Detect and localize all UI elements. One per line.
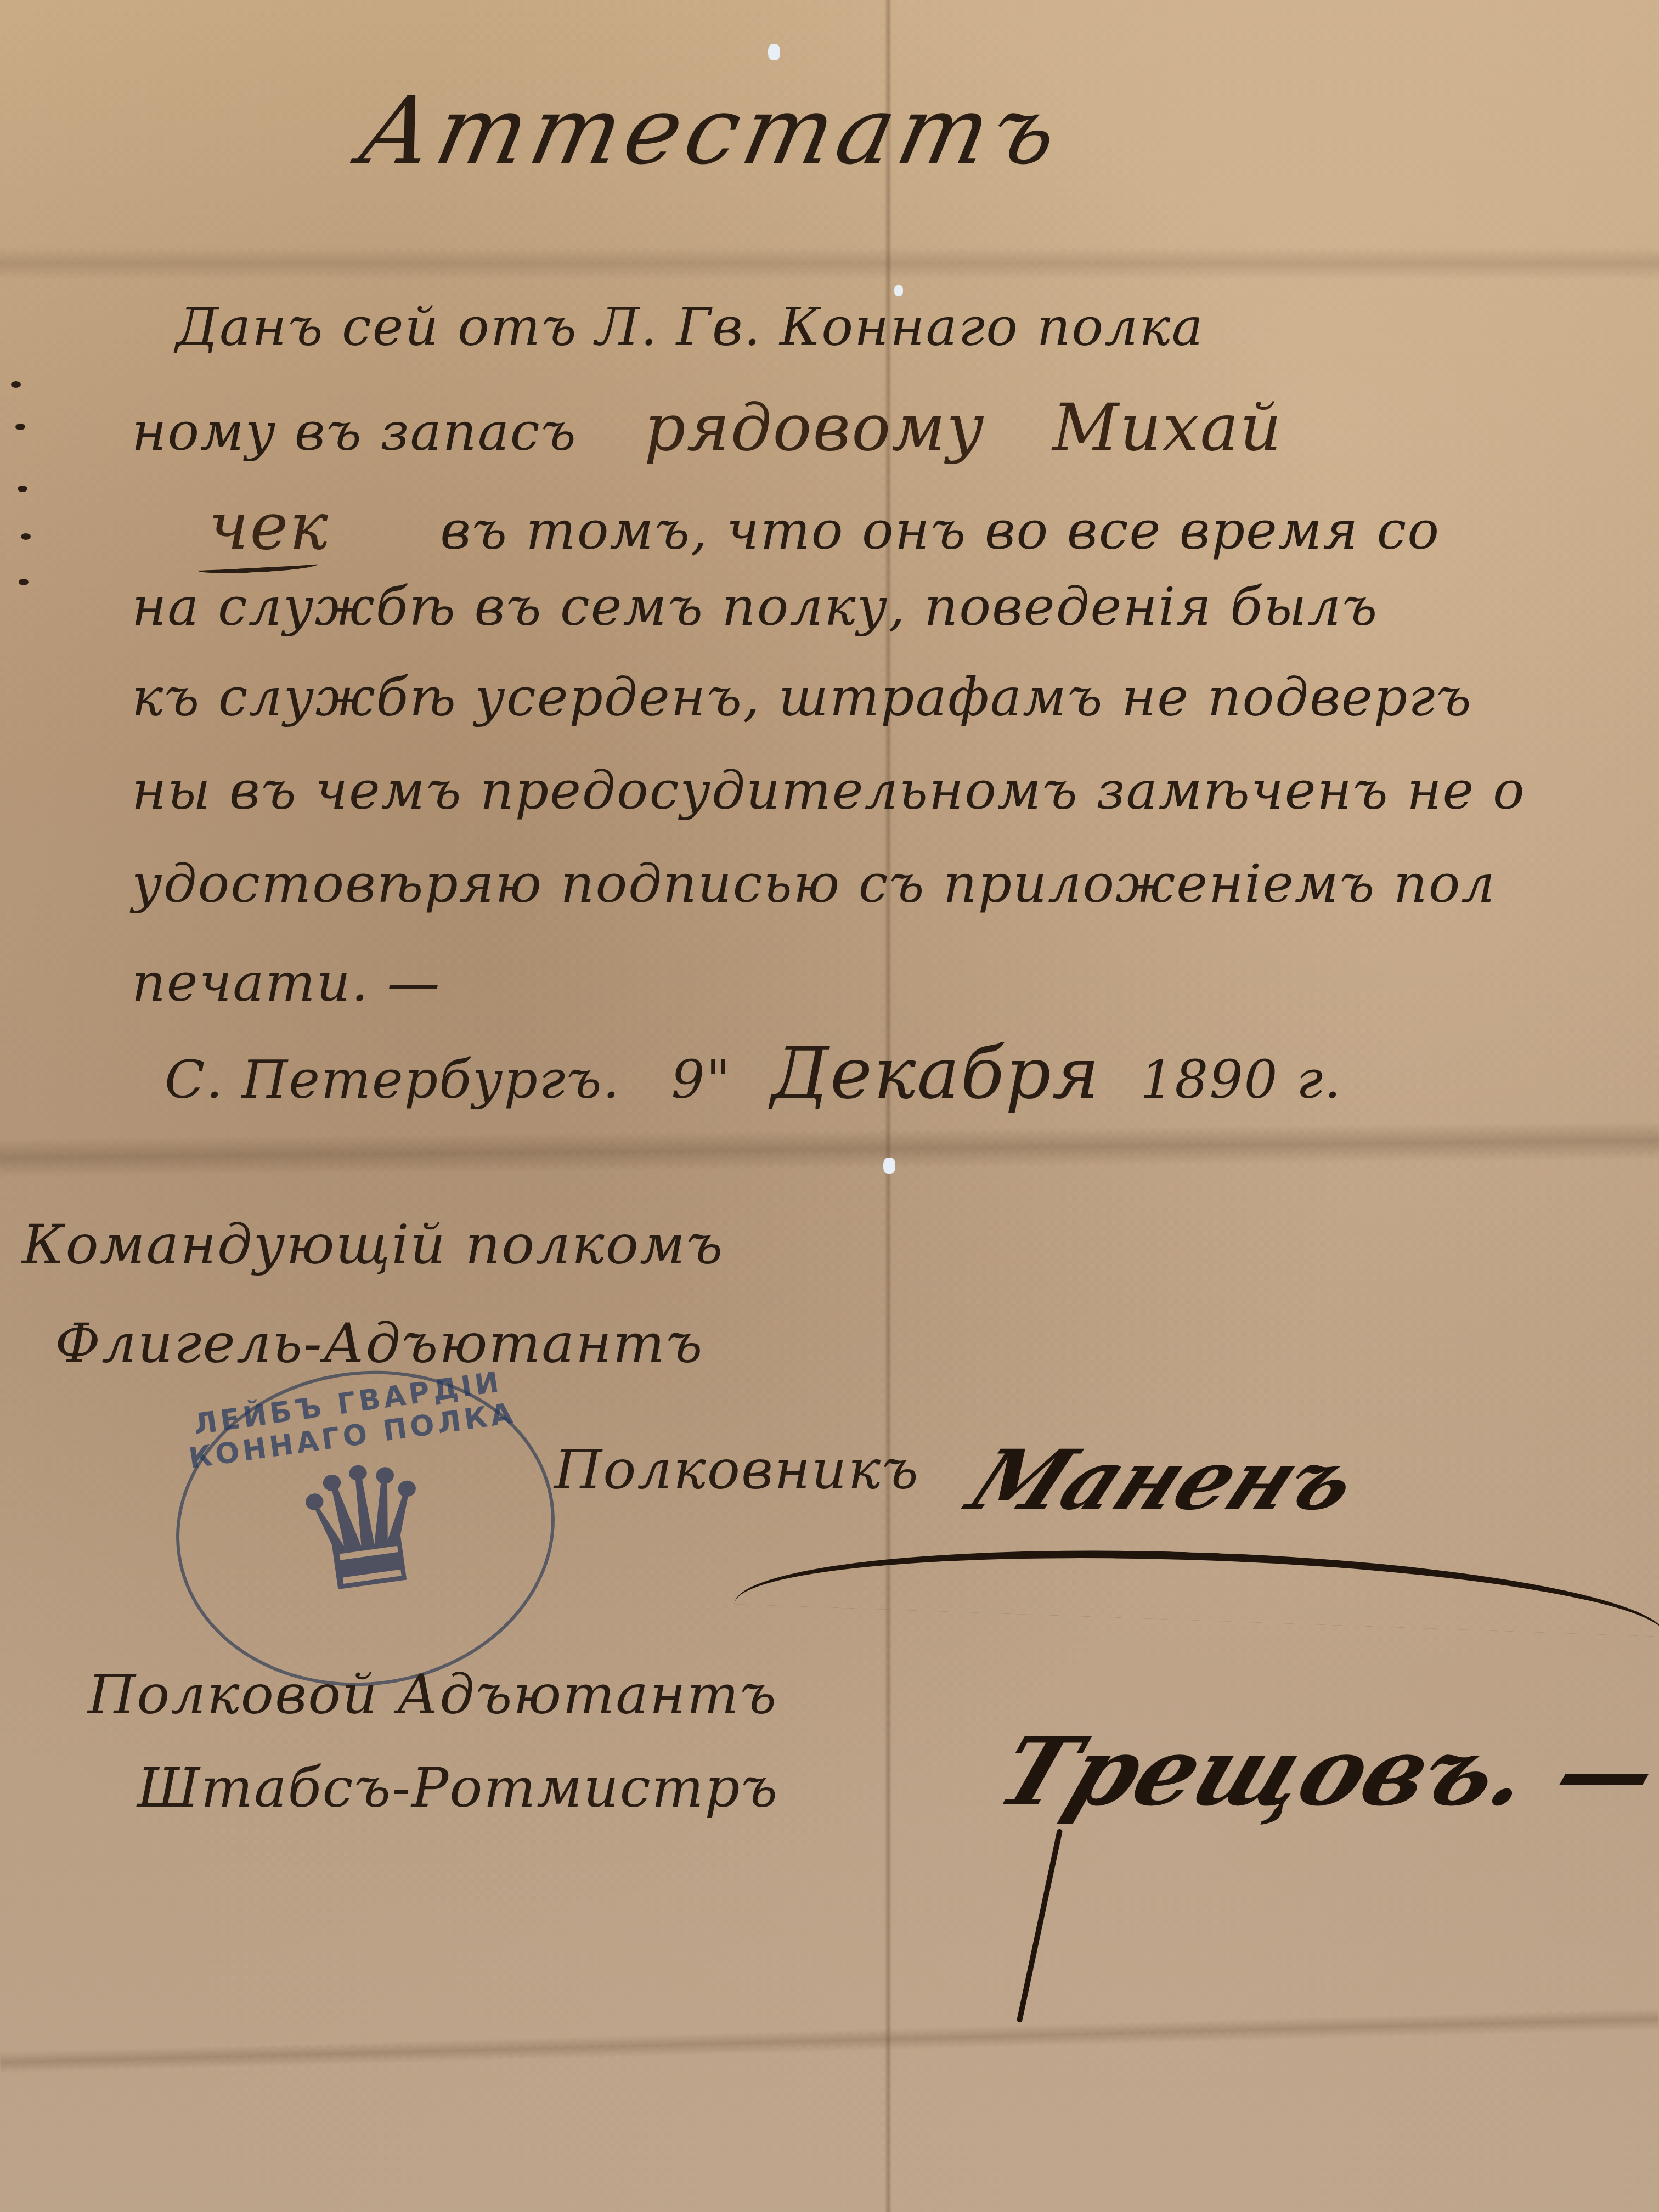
paper-tear (894, 285, 903, 296)
body-line-2: ному въ запасъ рядовому Михай (132, 390, 1283, 465)
margin-mark (11, 381, 21, 388)
day: 9" (672, 1049, 731, 1110)
signature-colonel: Маненъ (954, 1432, 1376, 1528)
place: С. Петербургъ. (165, 1049, 620, 1110)
body-line-1: Данъ сей отъ Л. Гв. Коннаго полка (176, 296, 1204, 358)
body-line-7: удостовѣряю подписью съ приложеніемъ пол (132, 853, 1496, 915)
margin-mark (21, 533, 31, 540)
margin-mark (19, 579, 29, 585)
paper-tear (768, 44, 780, 60)
regimental-seal: ЛЕЙБЪ ГВАРДІИ КОННАГО ПОЛКА ♛ (156, 1347, 575, 1711)
year: 1890 г. (1140, 1049, 1342, 1110)
filled-rank: рядовому (644, 390, 985, 465)
body-text: въ томъ, что онъ во все время со (440, 500, 1440, 561)
fold-crease-top (0, 247, 1659, 280)
signatory-2-title: Полковой Адъютантъ (88, 1662, 777, 1726)
filled-name: Михай (1052, 390, 1283, 465)
body-text: ному въ запасъ (132, 401, 577, 462)
body-line-6: ны въ чемъ предосудительномъ замѣченъ не… (132, 760, 1526, 821)
signatory-1-subtitle: Флигель-Адъютантъ (55, 1311, 703, 1375)
document-title: Аттестатъ (351, 77, 1073, 185)
margin-mark (18, 486, 27, 492)
month: Декабря (771, 1031, 1100, 1115)
signature-adjutant: Трещовъ. — (984, 1717, 1659, 1827)
body-line-5: къ службѣ усерденъ, штрафамъ не подвергъ (132, 667, 1472, 728)
margin-mark (15, 424, 25, 430)
body-line-8: печати. — (132, 952, 441, 1013)
body-line-3: чек въ томъ, что онъ во все время со (208, 488, 1440, 564)
signatory-1-rank: Полковникъ (554, 1437, 919, 1502)
filled-surname: чек (208, 488, 329, 564)
signatory-2-rank: Штабсъ-Ротмистръ (137, 1756, 778, 1820)
paper-tear (883, 1158, 895, 1174)
double-headed-eagle-icon: ♛ (281, 1437, 450, 1621)
signatory-1-title: Командующій полкомъ (22, 1212, 724, 1277)
body-line-4: на службѣ въ семъ полку, поведенія былъ (132, 576, 1378, 637)
place-date-line: С. Петербургъ. 9" Декабря 1890 г. (165, 1031, 1342, 1115)
